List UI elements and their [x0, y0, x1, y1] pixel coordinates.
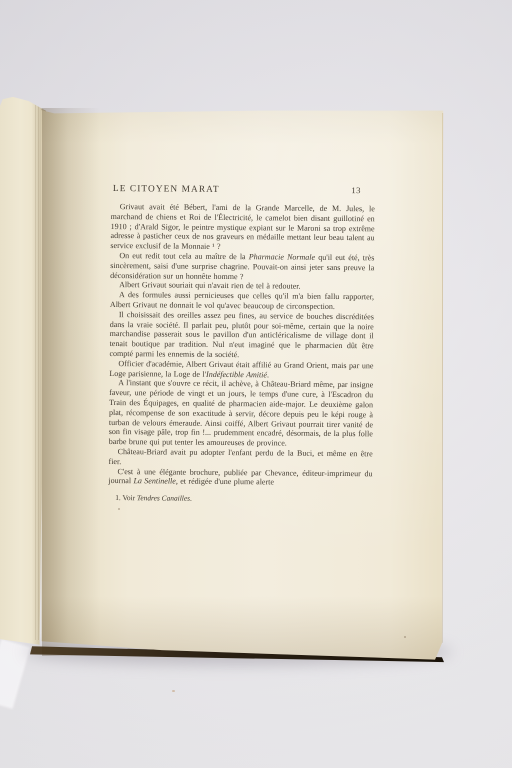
text-segment: . [190, 494, 192, 503]
text-segment: A des formules aussi pernicieuses que ce… [110, 290, 374, 311]
dust-speck [404, 636, 406, 638]
paragraph: Il choisissait des oreilles assez peu fi… [109, 310, 373, 361]
paragraph: A l'instant que s'ouvre ce récit, il ach… [109, 378, 374, 449]
italic-text-segment: Pharmacie Normale [249, 252, 315, 262]
text-segment: 1. Voir [115, 493, 137, 502]
paragraph: C'est à une élégante brochure, publiée p… [108, 467, 372, 489]
italic-text-segment: Indéfectible Amitié [206, 369, 267, 379]
gutter-shadow [42, 108, 100, 656]
paragraph: Château-Briard avait pu adopter l'enfant… [109, 447, 373, 469]
text-segment: Albert Grivaut souriait qui n'avait rien… [119, 280, 301, 291]
running-header: LE CITOYEN MARAT 13 [111, 183, 375, 196]
page-number: 13 [351, 185, 361, 195]
left-page-leaf [0, 96, 46, 648]
paragraphs: Grivaut avait été Bébert, l'ami de la Gr… [108, 202, 374, 488]
text-segment: On eut redit tout cela au maître de la [119, 251, 249, 261]
running-header-title: LE CITOYEN MARAT [113, 184, 220, 195]
photo-of-open-book: LE CITOYEN MARAT 13 Grivaut avait été Bé… [0, 0, 512, 768]
text-segment: A l'instant que s'ouvre ce récit, il ach… [109, 378, 374, 447]
text-segment: Il choisissait des oreilles assez peu fi… [109, 310, 373, 359]
paragraph: A des formules aussi pernicieuses que ce… [110, 290, 374, 312]
paragraph: Grivaut avait été Bébert, l'ami de la Gr… [110, 202, 374, 253]
italic-text-segment: Tendres Canailles [137, 493, 190, 502]
italic-text-segment: La Sentinelle [133, 477, 175, 486]
dust-speck [172, 690, 175, 692]
text-segment: , et rédigée d'une plume alerte [176, 477, 274, 487]
paragraph: On eut redit tout cela au maître de la P… [110, 251, 374, 283]
text-segment: Grivaut avait été Bébert, l'ami de la Gr… [110, 202, 374, 251]
text-segment: Château-Briard avait pu adopter l'enfant… [109, 447, 373, 466]
paragraph: Officier d'académie, Albert Grivaut étai… [109, 359, 373, 381]
page-text: LE CITOYEN MARAT 13 Grivaut avait été Bé… [108, 183, 375, 504]
text-segment: . [267, 370, 269, 379]
dust-speck [118, 508, 120, 510]
